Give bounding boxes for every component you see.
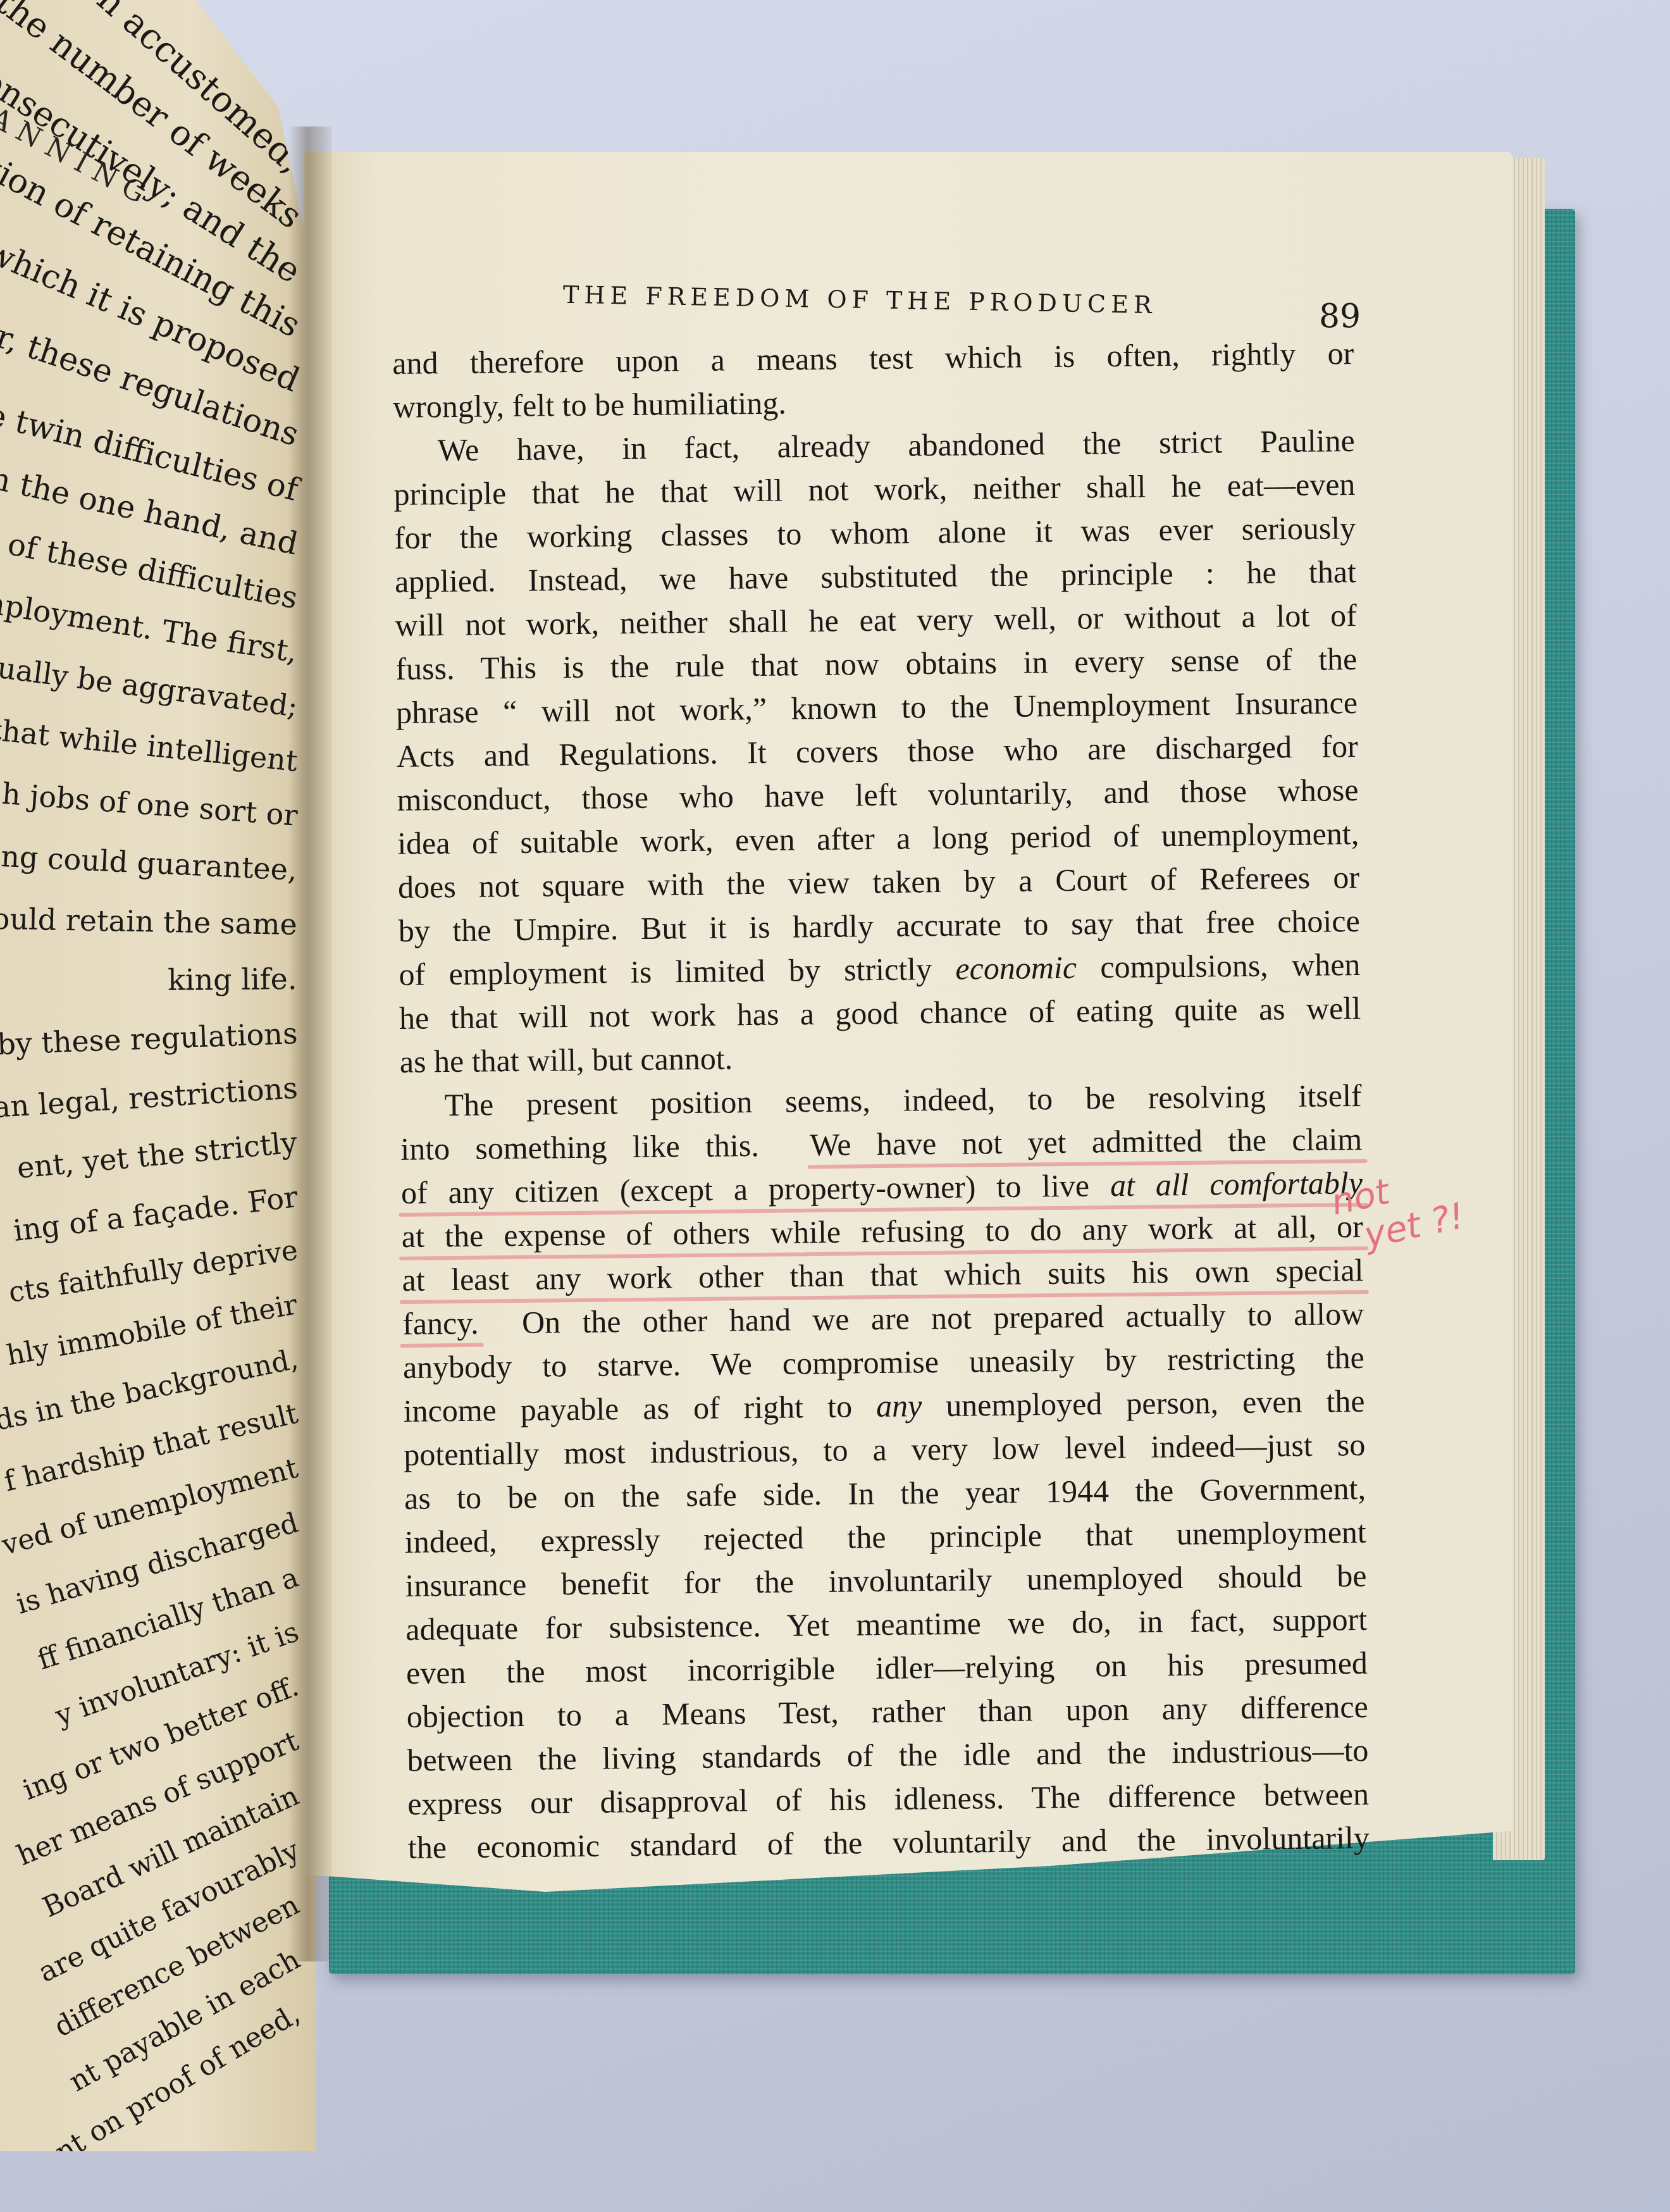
red-underline: We have not yet admitted the claim	[810, 1121, 1363, 1162]
left-text-line: ing of a façade. For	[11, 1179, 300, 1248]
left-text-line: ent, yet the strictly	[16, 1125, 299, 1185]
book-gutter	[288, 127, 332, 1961]
italic-word: any	[876, 1388, 922, 1424]
left-page: ANNING usly been accustomed,o the number…	[0, 0, 316, 2151]
left-text-line: than legal, restrictions	[0, 1071, 299, 1126]
page-number: 89	[1319, 297, 1361, 335]
left-text-line: could retain the same	[0, 901, 298, 941]
red-underline: of any citizen (except a property-owner)…	[401, 1165, 1363, 1210]
left-text-line: nning could guarantee,	[0, 836, 298, 887]
red-underline: at least any work other than that which …	[402, 1252, 1364, 1298]
left-text-line: se that while intelligent	[0, 708, 299, 778]
page-body: and therefore upon a means test which is…	[392, 332, 1370, 1870]
left-text-line: king life.	[168, 962, 297, 997]
red-underline: fancy.	[402, 1305, 479, 1341]
red-underline: at the expense of others while refusing …	[402, 1209, 1364, 1254]
left-text-line: h jobs of one sort or	[1, 776, 299, 833]
italic-word: economic	[955, 950, 1077, 986]
left-text-line: by these regulations	[0, 1016, 298, 1061]
